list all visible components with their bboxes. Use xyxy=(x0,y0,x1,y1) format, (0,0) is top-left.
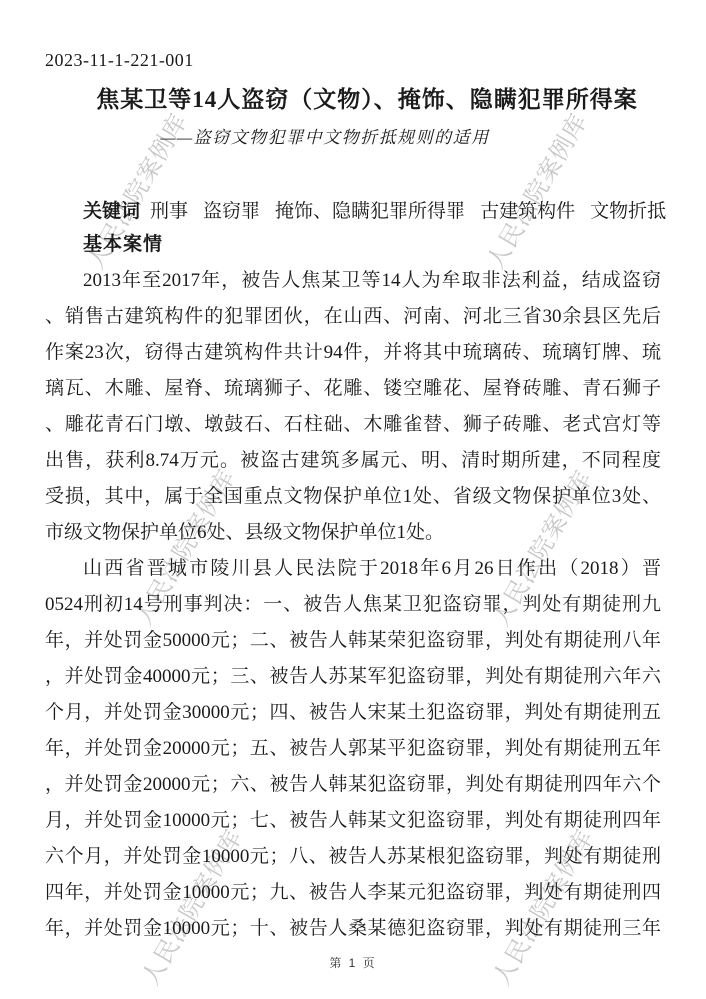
text-line: 市级文物保护单位6处、县级文物保护单位1处。 xyxy=(45,515,661,551)
keywords-list: 刑事盗窃罪掩饰、隐瞒犯罪所得罪古建筑构件文物折抵 xyxy=(150,201,681,222)
text-line: 2013年至2017年，被告人焦某卫等14人为牟取非法利益，结成盗窃 xyxy=(45,263,661,299)
case-title: 焦某卫等14人盗窃（文物）、掩饰、隐瞒犯罪所得案 xyxy=(14,81,706,114)
text-line: 、销售古建筑构件的犯罪团伙，在山西、河南、河北三省30余县区先后 xyxy=(45,299,661,335)
keyword-item: 古建筑构件 xyxy=(480,201,575,222)
page-number-footer: 第 1 页 xyxy=(0,954,706,971)
text-line: ，并处罚金40000元；三、被告人苏某军犯盗窃罪，判处有期徒刑六年六 xyxy=(45,659,661,695)
keyword-item: 文物折抵 xyxy=(590,201,666,222)
text-line: 受损，其中，属于全国重点文物保护单位1处、省级文物保护单位3处、 xyxy=(45,479,661,515)
text-line: 个月，并处罚金30000元；四、被告人宋某土犯盗窃罪，判处有期徒刑五 xyxy=(45,695,661,731)
case-subtitle: ——盗窃文物犯罪中文物折抵规则的适用 xyxy=(0,123,678,148)
paragraph-case-overview: 2013年至2017年，被告人焦某卫等14人为牟取非法利益，结成盗窃、销售古建筑… xyxy=(45,263,661,551)
text-line: 璃瓦、木雕、屋脊、琉璃狮子、花雕、镂空雕花、屋脊砖雕、青石狮子 xyxy=(45,371,661,407)
case-facts-text: 2013年至2017年，被告人焦某卫等14人为牟取非法利益，结成盗窃、销售古建筑… xyxy=(45,263,661,947)
section-heading-basic-facts: 基本案情 xyxy=(83,229,163,256)
text-line: ，并处罚金20000元；六、被告人韩某犯盗窃罪，判处有期徒刑四年六个 xyxy=(45,767,661,803)
text-line: 年，并处罚金10000元；十、被告人桑某德犯盗窃罪，判处有期徒刑三年 xyxy=(45,911,661,947)
text-line: 年，并处罚金50000元；二、被告人韩某荣犯盗窃罪，判处有期徒刑八年 xyxy=(45,623,661,659)
text-line: 0524刑初14号刑事判决：一、被告人焦某卫犯盗窃罪，判处有期徒刑九 xyxy=(45,587,661,623)
text-line: 山西省晋城市陵川县人民法院于2018年6月26日作出（2018）晋 xyxy=(45,551,661,587)
text-line: 月，并处罚金10000元；七、被告人韩某文犯盗窃罪，判处有期徒刑四年 xyxy=(45,803,661,839)
text-line: 出售，获利8.74万元。被盗古建筑多属元、明、清时期所建，不同程度 xyxy=(45,443,661,479)
document-page: 人民法院案例库人民法院案例库人民法院案例库人民法院案例库人民法院案例库人民法院案… xyxy=(0,0,706,999)
text-line: 六个月，并处罚金10000元；八、被告人苏某根犯盗窃罪，判处有期徒刑 xyxy=(45,839,661,875)
keywords-row: 关键词刑事盗窃罪掩饰、隐瞒犯罪所得罪古建筑构件文物折抵 xyxy=(83,196,681,223)
text-line: 、雕花青石门墩、墩鼓石、石柱础、木雕雀替、狮子砖雕、老式宫灯等 xyxy=(45,407,661,443)
paragraph-judgment: 山西省晋城市陵川县人民法院于2018年6月26日作出（2018）晋0524刑初1… xyxy=(45,551,661,947)
keyword-item: 刑事 xyxy=(150,201,188,222)
text-line: 四年，并处罚金10000元；九、被告人李某元犯盗窃罪，判处有期徒刑四 xyxy=(45,875,661,911)
text-line: 作案23次，窃得古建筑构件共计94件，并将其中琉璃砖、琉璃钉牌、琉 xyxy=(45,335,661,371)
case-document-number: 2023-11-1-221-001 xyxy=(45,50,194,71)
keyword-item: 掩饰、隐瞒犯罪所得罪 xyxy=(275,201,465,222)
keywords-label: 关键词 xyxy=(83,201,140,222)
keyword-item: 盗窃罪 xyxy=(203,201,260,222)
text-line: 年，并处罚金20000元；五、被告人郭某平犯盗窃罪，判处有期徒刑五年 xyxy=(45,731,661,767)
